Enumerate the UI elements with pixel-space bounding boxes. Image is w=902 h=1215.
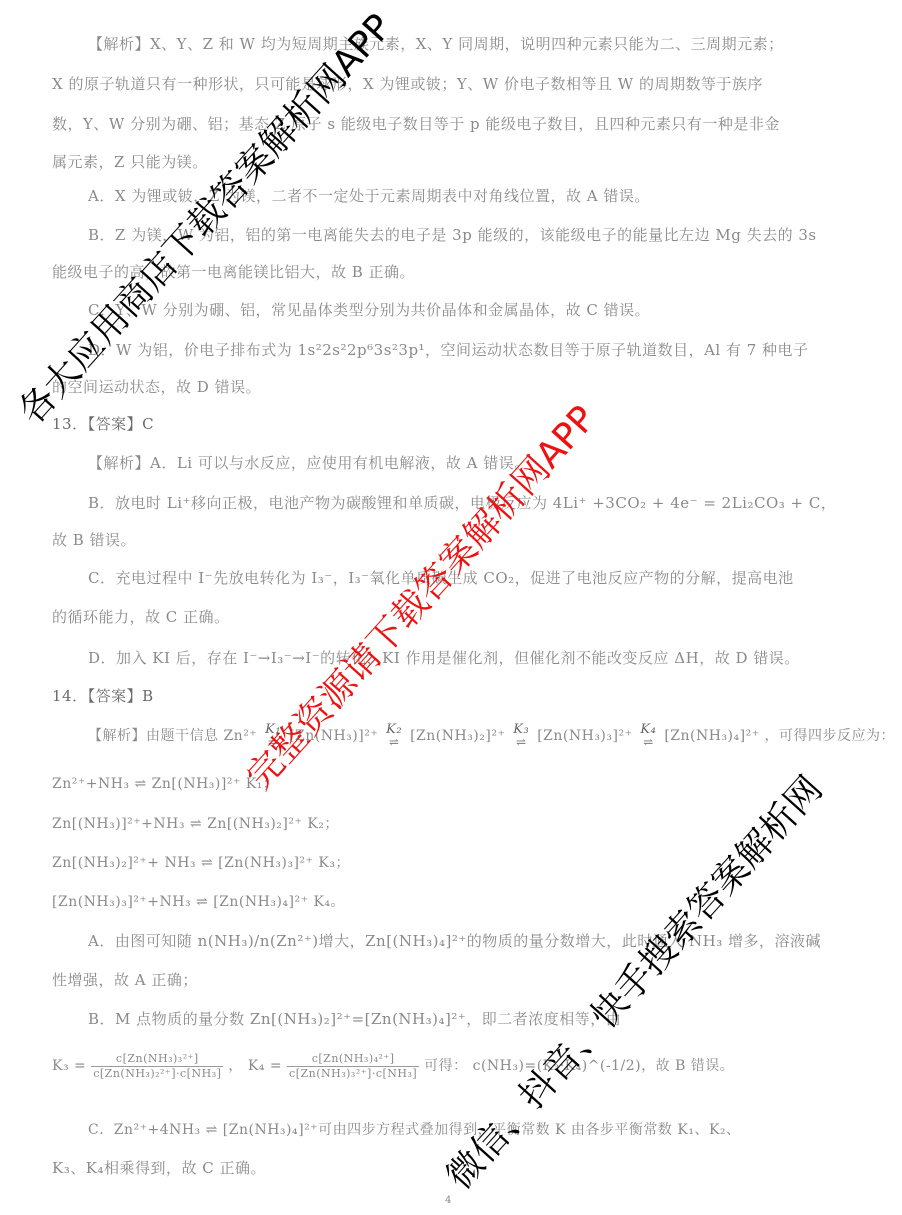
intro-suffix: ，可得四步反应为： — [765, 728, 896, 744]
analysis-12-line-1: 【解析】X、Y、Z 和 W 均为短周期主族元素，X、Y 同周期，说明四种元素只能… — [88, 34, 784, 54]
analysis-14-a-line-2: 性增强，故 A 正确； — [52, 970, 198, 990]
chain-product-4: [Zn(NH₃)₄]²⁺ — [664, 728, 759, 744]
analysis-13-c-line-2: 的循环能力，故 C 正确。 — [52, 607, 230, 627]
k4-fraction: c[Zn(NH₃)₄²⁺]c[Zn(NH₃)₃²⁺]·c[NH₃] — [287, 1052, 419, 1081]
intro-prefix: 【解析】由题干信息 — [88, 728, 219, 744]
formula-separator: ， — [228, 1058, 243, 1074]
option-a-12: A．X 为锂或铍，Z 为镁，二者不一定处于元素周期表中对角线位置，故 A 错误。 — [88, 186, 650, 206]
analysis-12-line-3: 数，Y、W 分别为硼、铝；基态 Z 原子 s 能级电子数目等于 p 能级电子数目… — [52, 114, 780, 134]
analysis-14-b-formulas: K₃ = c[Zn(NH₃)₃²⁺]c[Zn(NH₃)₂²⁺]·c[NH₃] ，… — [52, 1046, 734, 1086]
equilibrium-step-3: K₃⇌ — [513, 724, 529, 748]
k3-fraction: c[Zn(NH₃)₃²⁺]c[Zn(NH₃)₂²⁺]·c[NH₃] — [91, 1052, 223, 1081]
page-number: 4 — [445, 1195, 451, 1206]
k4-label: K₄ = — [248, 1058, 282, 1074]
answer-13-heading: 13．【答案】C — [52, 414, 154, 434]
analysis-12-line-2: X 的原子轨道只有一种形状，只可能是球形，X 为锂或铍；Y、W 价电子数相等且 … — [52, 74, 763, 94]
reaction-step-4: [Zn(NH₃)₃]²⁺+NH₃ ⇌ [Zn(NH₃)₄]²⁺ K₄。 — [52, 892, 345, 912]
analysis-14-b-line-1: B．M 点物质的量分数 Zn[(NH₃)₂]²⁺=[Zn(NH₃)₄]²⁺，即二… — [88, 1009, 621, 1029]
analysis-13-d: D．加入 KI 后，存在 I⁻→I₃⁻→I⁻的转化，KI 作用是催化剂，但催化剂… — [88, 648, 800, 668]
analysis-14-c-line-1: C．Zn²⁺+4NH₃ ⇌ [Zn(NH₃)₄]²⁺可由四步方程式叠加得到，平衡… — [88, 1120, 741, 1140]
reaction-step-1: Zn²⁺+NH₃ ⇌ Zn[(NH₃)]²⁺ K₁； — [52, 774, 277, 794]
watermark-app-store: 各大应用商店下载答案解析网APP — [13, 9, 398, 431]
document-page: 【解析】X、Y、Z 和 W 均为短周期主族元素，X、Y 同周期，说明四种元素只能… — [0, 0, 902, 1215]
chain-product-3: [Zn(NH₃)₃]²⁺ — [537, 728, 632, 744]
equilibrium-arrow-icon: ⇌ — [386, 736, 402, 748]
chain-product-2: [Zn(NH₃)₂]²⁺ — [410, 728, 505, 744]
equilibrium-arrow-icon: ⇌ — [640, 736, 656, 748]
answer-14-heading: 14．【答案】B — [52, 686, 154, 706]
equilibrium-step-2: K₂⇌ — [386, 724, 402, 748]
analysis-14-a-line-1: A．由图可知随 n(NH₃)/n(Zn²⁺)增大，Zn[(NH₃)₄]²⁺的物质… — [88, 931, 821, 951]
analysis-13-a: 【解析】A．Li 可以与水反应，应使用有机电解液，故 A 错误。 — [88, 453, 530, 473]
equilibrium-step-4: K₄⇌ — [640, 724, 656, 748]
analysis-14-intro: 【解析】由题干信息 Zn²⁺ K₁⇌ [Zn(NH₃)]²⁺ K₂⇌ [Zn(N… — [88, 718, 895, 754]
k3-label: K₃ = — [52, 1058, 86, 1074]
option-b-12-line-2: 能级电子的高，故第一电离能镁比铝大，故 B 正确。 — [52, 262, 415, 282]
analysis-12-line-4: 属元素，Z 只能为镁。 — [52, 152, 208, 172]
reaction-step-2: Zn[(NH₃)]²⁺+NH₃ ⇌ Zn[(NH₃)₂]²⁺ K₂； — [52, 814, 339, 834]
reaction-step-3: Zn[(NH₃)₂]²⁺+ NH₃ ⇌ [Zn(NH₃)₃]²⁺ K₃； — [52, 853, 350, 873]
option-d-12-line-1: D．W 为铝，价电子排布式为 1s²2s²2p⁶3s²3p¹，空间运动状态数目等… — [88, 340, 809, 360]
option-c-12: C．Y、W 分别为硼、铝，常见晶体类型分别为共价晶体和金属晶体，故 C 错误。 — [88, 300, 650, 320]
equilibrium-arrow-icon: ⇌ — [513, 736, 529, 748]
analysis-13-b-line-2: 故 B 错误。 — [52, 530, 136, 550]
chain-start: Zn²⁺ — [223, 728, 257, 744]
analysis-13-b-line-1: B．放电时 Li⁺移向正极，电池产物为碳酸锂和单质碳，电极反应为 4Li⁺ +3… — [88, 493, 836, 513]
analysis-14-c-line-2: K₃、K₄相乘得到，故 C 正确。 — [52, 1158, 266, 1178]
